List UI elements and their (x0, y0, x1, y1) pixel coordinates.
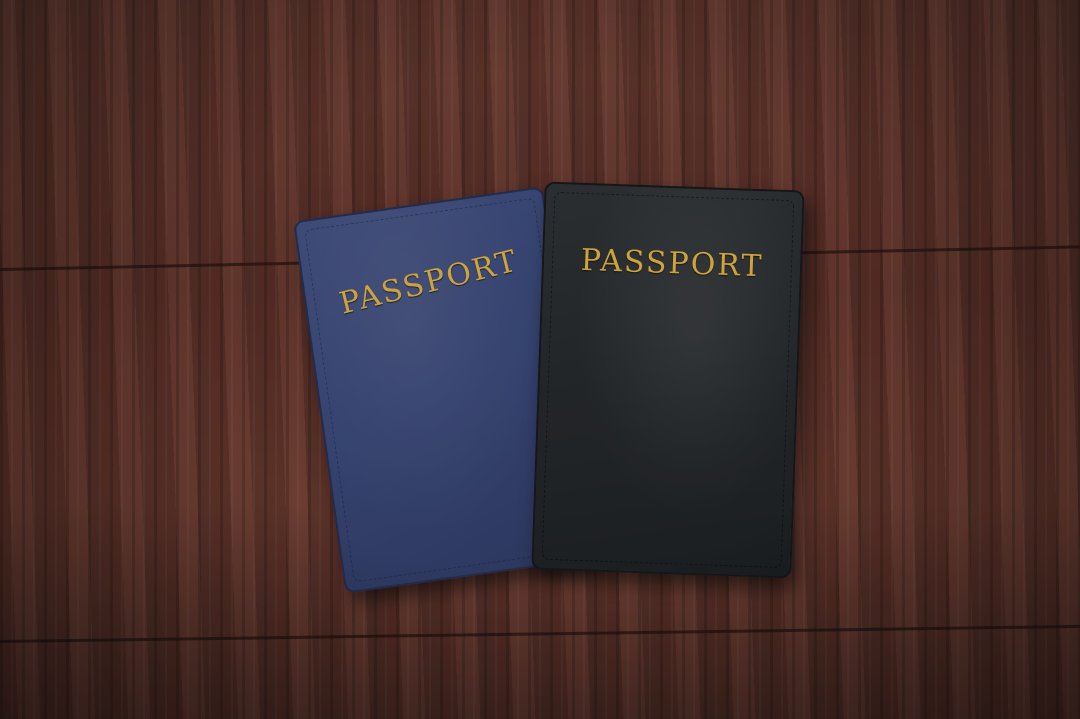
wood-table-background: PASSPORT PASSPORT (0, 0, 1080, 719)
vignette (0, 0, 1080, 719)
